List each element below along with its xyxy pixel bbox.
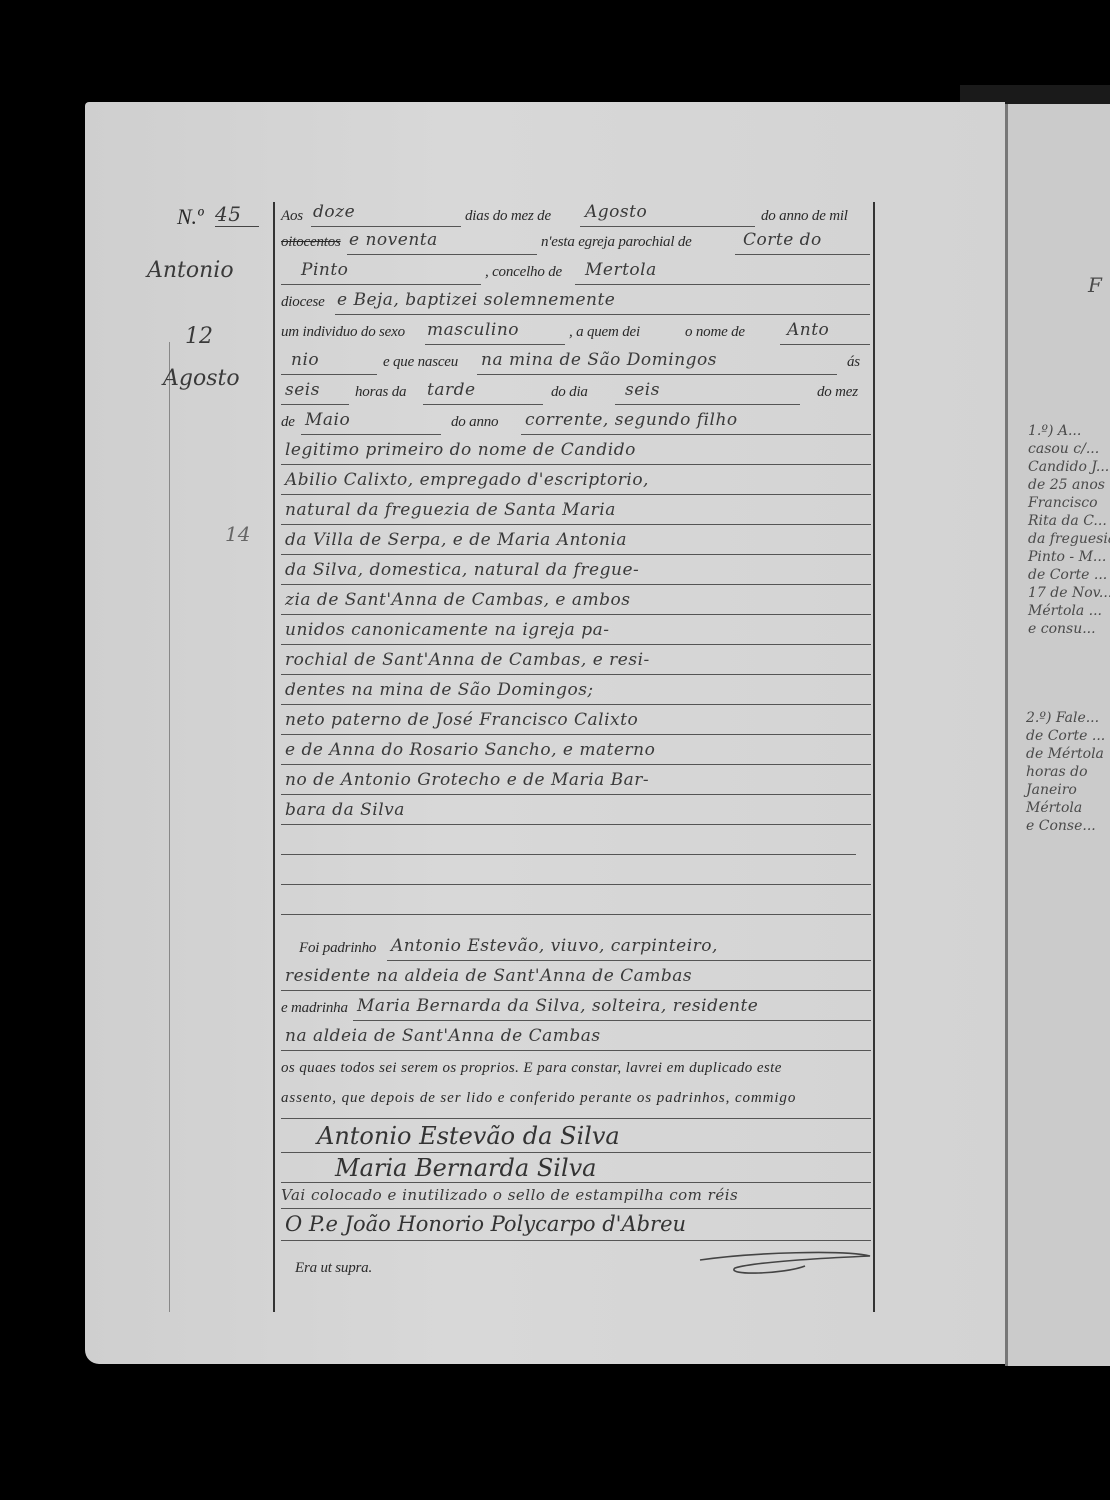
printed-foi-padrinho: Foi padrinho — [299, 940, 376, 957]
closing-line2: assento, que depois de ser lido e confer… — [281, 1090, 796, 1107]
rule — [281, 704, 871, 705]
printed-de: de — [281, 414, 295, 431]
signature-flourish-icon — [695, 1242, 875, 1282]
godmother-line1: Maria Bernarda da Silva, solteira, resid… — [357, 996, 758, 1016]
note-line: de 25 anos — [1028, 476, 1110, 494]
rule — [353, 1020, 871, 1021]
printed-aos: Aos — [281, 208, 303, 225]
birth-place: na mina de São Domingos — [481, 350, 717, 370]
rule — [735, 254, 870, 255]
printed-a-quem-dei: , a quem dei — [569, 324, 640, 341]
note-line: e Conse... — [1026, 817, 1105, 835]
body-line: rochial de Sant'Anna de Cambas, e resi- — [285, 650, 650, 670]
printed-horas-da: horas da — [355, 384, 406, 401]
body-line: da Silva, domestica, natural da fregue- — [285, 560, 639, 580]
body-line: natural da freguezia de Santa Maria — [285, 500, 616, 520]
rule — [281, 284, 481, 285]
rule — [311, 226, 461, 227]
rule — [281, 824, 871, 825]
note-line: de Corte ... — [1028, 566, 1110, 584]
sex: masculino — [427, 320, 519, 340]
rule — [281, 764, 871, 765]
rule — [281, 1208, 871, 1209]
body-line: no de Antonio Grotecho e de Maria Bar- — [285, 770, 649, 790]
printed-anno-de-mil: do anno de mil — [761, 208, 848, 225]
note-line: Mértola ... — [1028, 602, 1110, 620]
diocese-and-baptism: e Beja, baptizei solemnemente — [337, 290, 615, 310]
rule — [423, 404, 543, 405]
adjacent-page: F 1.º) A... casou c/... Candido J... de … — [1005, 104, 1110, 1366]
birth-month: Maio — [305, 410, 350, 430]
rule — [281, 584, 871, 585]
godfather-line1: Antonio Estevão, viuvo, carpinteiro, — [391, 936, 718, 956]
rule — [335, 314, 870, 315]
parish-name-1: Corte do — [743, 230, 822, 250]
year-words: e noventa — [349, 230, 438, 250]
child-name-part1: Anto — [787, 320, 829, 340]
note-line: da freguesia — [1028, 530, 1110, 548]
printed-egreja-parochial: n'esta egreja parochial de — [541, 234, 692, 251]
rule — [281, 404, 349, 405]
rule — [281, 734, 871, 735]
rule — [281, 374, 377, 375]
rule — [425, 344, 565, 345]
body-line: unidos canonicamente na igreja pa- — [285, 620, 609, 640]
printed-dias-do-mez: dias do mez de — [465, 208, 551, 225]
body-line: zia de Sant'Anna de Cambas, e ambos — [285, 590, 630, 610]
godmother-line2: na aldeia de Sant'Anna de Cambas — [285, 1026, 601, 1046]
birth-hour: seis — [285, 380, 320, 400]
rule — [281, 554, 871, 555]
rule — [780, 344, 870, 345]
signature-godfather: Antonio Estevão da Silva — [317, 1122, 620, 1150]
note-line: Rita da C... — [1028, 512, 1110, 530]
blank-rule — [281, 854, 856, 855]
baptism-month: Agosto — [585, 202, 647, 222]
rule — [281, 1118, 871, 1119]
signature-godmother: Maria Bernarda Silva — [335, 1154, 596, 1182]
note-line: de Corte ... — [1026, 727, 1105, 745]
note-line: 2.º) Fale... — [1026, 709, 1105, 727]
rule — [281, 1240, 871, 1241]
printed-e-madrinha: e madrinha — [281, 1000, 348, 1017]
printed-que-nasceu: e que nasceu — [383, 354, 458, 371]
margin-month: Agosto — [163, 366, 240, 391]
era-ut-supra: Era ut supra. — [295, 1260, 372, 1277]
body-line: bara da Silva — [285, 800, 405, 820]
margin-child-name: Antonio — [147, 258, 234, 283]
body-line: e de Anna do Rosario Sancho, e materno — [285, 740, 655, 760]
note-line: casou c/... — [1028, 440, 1110, 458]
rule — [301, 434, 441, 435]
note-line: Mértola — [1026, 799, 1105, 817]
body-line: neto paterno de José Francisco Calixto — [285, 710, 638, 730]
note-line: 17 de Nov... — [1028, 584, 1110, 602]
printed-oitocentos: oitocentos — [281, 234, 341, 251]
rule — [477, 374, 837, 375]
rule — [281, 794, 871, 795]
printed-do-mez: do mez — [817, 384, 858, 401]
body-line: legitimo primeiro do nome de Candido — [285, 440, 636, 460]
closing-line1: os quaes todos sei serem os proprios. E … — [281, 1060, 782, 1077]
signature-priest: O P.e João Honorio Polycarpo d'Abreu — [285, 1212, 686, 1236]
margin-day: 12 — [185, 324, 213, 349]
entry-number: 45 — [215, 202, 259, 227]
rule — [281, 990, 871, 991]
printed-do-anno: do anno — [451, 414, 498, 431]
note-line: e consu... — [1028, 620, 1110, 638]
note-line: de Mértola — [1026, 745, 1105, 763]
margin-pencil-number: 14 — [225, 522, 250, 546]
municipality: Mertola — [585, 260, 657, 280]
blank-rule — [281, 884, 871, 885]
printed-o-nome-de: o nome de — [685, 324, 745, 341]
rule — [281, 644, 871, 645]
child-name-part2: nio — [291, 350, 319, 370]
blank-rule — [281, 914, 871, 915]
adjacent-note-2: 2.º) Fale... de Corte ... de Mértola hor… — [1026, 709, 1105, 835]
rule — [281, 494, 871, 495]
body-line: Abilio Calixto, empregado d'escriptorio, — [285, 470, 649, 490]
rule — [281, 524, 871, 525]
rule — [281, 1152, 871, 1153]
rule — [281, 674, 871, 675]
printed-as: ás — [847, 354, 860, 371]
stamp-note: Vai colocado e inutilizado o sello de es… — [281, 1186, 738, 1204]
rule — [281, 1182, 871, 1183]
printed-diocese: diocese — [281, 294, 325, 311]
rule — [580, 226, 755, 227]
note-line: Francisco — [1028, 494, 1110, 512]
register-page: N.º 45 Antonio 12 Agosto 14 Aos doze dia… — [85, 102, 1005, 1364]
left-margin-rule — [169, 342, 170, 1312]
rule — [521, 434, 871, 435]
adjacent-top-mark: F — [1088, 276, 1102, 294]
left-frame-border — [273, 202, 275, 1312]
rule — [281, 464, 871, 465]
time-of-day: tarde — [427, 380, 476, 400]
printed-individuo-sexo: um individuo do sexo — [281, 324, 405, 341]
note-line: Pinto - M... — [1028, 548, 1110, 566]
rule — [281, 1050, 871, 1051]
note-line: 1.º) A... — [1028, 422, 1110, 440]
birth-day: seis — [625, 380, 660, 400]
birth-year-and-order: corrente, segundo filho — [525, 410, 738, 430]
rule — [575, 284, 870, 285]
parish-name-2: Pinto — [301, 260, 348, 280]
note-line: horas do — [1026, 763, 1105, 781]
rule — [281, 614, 871, 615]
printed-concelho: , concelho de — [485, 264, 562, 281]
day-words: doze — [313, 202, 355, 222]
note-line: Janeiro — [1026, 781, 1105, 799]
rule — [347, 254, 537, 255]
adjacent-note-1: 1.º) A... casou c/... Candido J... de 25… — [1028, 422, 1110, 638]
printed-do-dia: do dia — [551, 384, 588, 401]
entry-number-label: N.º — [177, 204, 203, 230]
note-line: Candido J... — [1028, 458, 1110, 476]
body-line: dentes na mina de São Domingos; — [285, 680, 594, 700]
rule — [387, 960, 871, 961]
right-frame-border — [873, 202, 875, 1312]
rule — [615, 404, 800, 405]
body-line: da Villa de Serpa, e de Maria Antonia — [285, 530, 627, 550]
godfather-line2: residente na aldeia de Sant'Anna de Camb… — [285, 966, 692, 986]
